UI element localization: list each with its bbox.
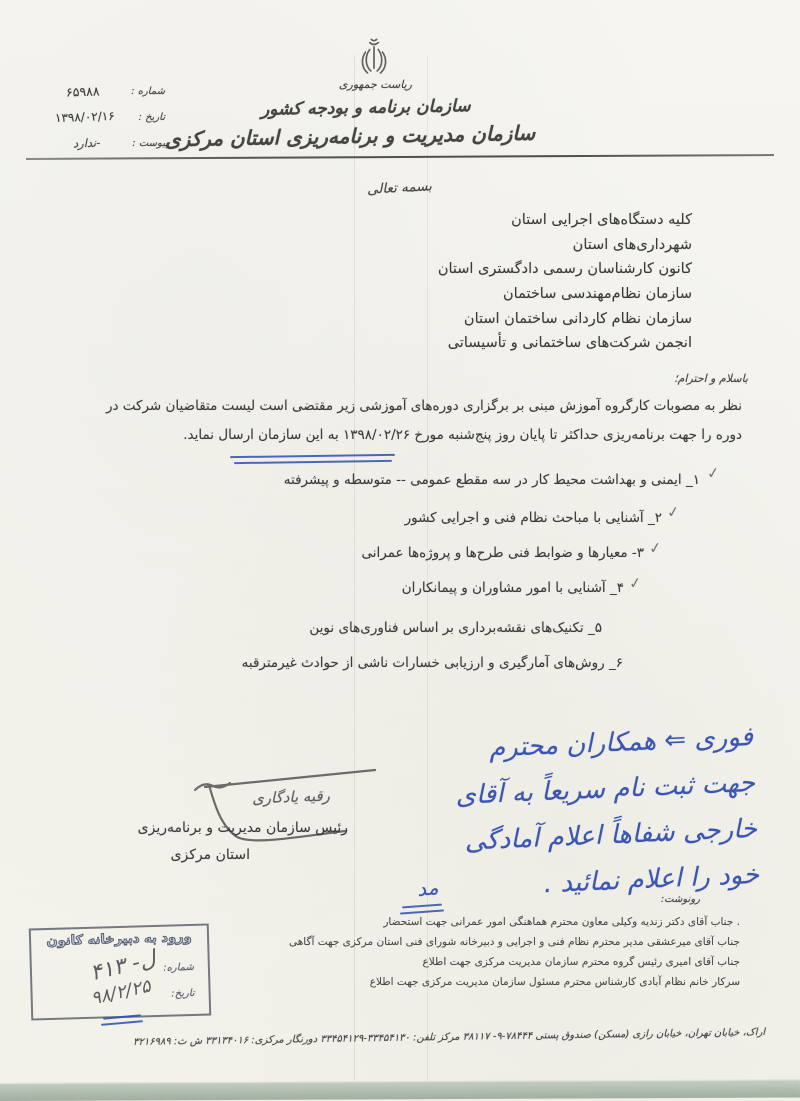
field-date-label: تاریخ :	[139, 112, 165, 123]
blue-underline	[234, 460, 392, 464]
field-attachment-label: پیوست :	[132, 138, 168, 149]
bismillah: بسمه تعالی	[367, 178, 433, 197]
scan-edge-band	[0, 1081, 800, 1101]
cc-line: جناب آقای امیری رئیس گروه محترم سازمان م…	[289, 952, 740, 972]
blue-underline	[101, 1020, 143, 1026]
field-number-value: ۶۵۹۸۸	[66, 83, 100, 99]
checkmark-icon: ✓	[628, 573, 643, 593]
recipient-line: انجمن شرکت‌های ساختمانی و تأسیساتی	[448, 335, 692, 351]
paragraph-line: دوره را جهت برنامه‌ریزی حداکثر تا پایان …	[183, 427, 742, 443]
course-item: ۲_ آشنایی با مباحث نظام فنی و اجرایی کشو…	[405, 510, 662, 526]
handwritten-initial: مد	[416, 875, 440, 901]
signer-title: رئیس سازمان مدیریت و برنامه‌ریزی	[138, 820, 348, 836]
stamp-date-label: تاریخ:	[171, 988, 195, 1000]
course-item: ۴_ آشنایی با امور مشاوران و پیمانکاران	[402, 580, 624, 596]
cc-list: . جناب آقای دکتر زندیه وکیلی معاون محترم…	[289, 912, 740, 992]
recipient-line: کانون کارشناسان رسمی دادگستری استان	[438, 261, 692, 277]
header-divider	[26, 154, 774, 160]
header-org-line2: سازمان مدیریت و برنامه‌ریزی استان مرکزی	[165, 121, 536, 151]
header-org-line1: سازمان برنامه و بودجه کشور	[260, 96, 470, 120]
checkmark-icon: ✓	[706, 463, 721, 483]
stamp-title: ورود به دبیرخانه کانون	[35, 930, 203, 950]
course-item: ۵_ تکنیک‌های نقشه‌برداری بر اساس فناوری‌…	[309, 620, 602, 636]
recipient-line: شهرداری‌های استان	[573, 237, 692, 253]
course-item: ۱_ ایمنی و بهداشت محیط کار در سه مقطع عم…	[284, 472, 700, 488]
course-item: ۳- معیارها و ضوابط فنی طرح‌ها و پروژه‌ها…	[362, 545, 645, 561]
cc-line: سرکار خانم نظام آبادی کارشناس محترم مسئو…	[289, 972, 740, 992]
field-date-value: ۱۳۹۸/۰۲/۱۶	[55, 109, 115, 125]
field-number-label: شماره :	[131, 86, 165, 97]
cc-label: رونوشت:	[661, 894, 700, 905]
checkmark-icon: ✓	[648, 538, 663, 558]
scanned-letter-page: ریاست جمهوری سازمان برنامه و بودجه کشور …	[0, 0, 800, 1101]
iran-emblem-logo	[358, 36, 390, 82]
header-presidency: ریاست جمهوری	[339, 78, 412, 91]
cc-line: جناب آقای میرعشقی مدیر محترم نظام فنی و …	[289, 932, 740, 952]
signer-title: استان مرکزی	[171, 847, 250, 863]
recipient-line: کلیه دستگاه‌های اجرایی استان	[511, 212, 692, 228]
stamp-number-label: شماره:	[163, 962, 194, 974]
course-item: ۶_ روش‌های آمارگیری و ارزیابی خسارات ناش…	[242, 655, 623, 671]
blue-underline	[230, 454, 395, 458]
recipient-line: سازمان نظام کاردانی ساختمان استان	[464, 311, 692, 327]
footer-address: اراک، خیابان تهران، خیابان رازی (مسکن) ص…	[133, 1027, 765, 1048]
checkmark-icon: ✓	[666, 502, 681, 522]
secretariat-entry-stamp: ورود به دبیرخانه کانون شماره: ل- ۴۱۳ تار…	[29, 924, 211, 1021]
signer-name: رقیه یادگاری	[252, 787, 330, 808]
paragraph-line: نظر به مصوبات کارگروه آموزش مبنی بر برگز…	[106, 398, 742, 414]
salutation: باسلام و احترام؛	[674, 372, 748, 385]
field-attachment-value: -ندارد	[72, 136, 100, 151]
handwritten-note: فوری ⇐ همکاران محترم جهت ثبت نام سریعاً …	[402, 714, 760, 913]
cc-line: . جناب آقای دکتر زندیه وکیلی معاون محترم…	[289, 912, 740, 932]
recipient-line: سازمان نظام‌مهندسی ساختمان	[503, 286, 692, 302]
